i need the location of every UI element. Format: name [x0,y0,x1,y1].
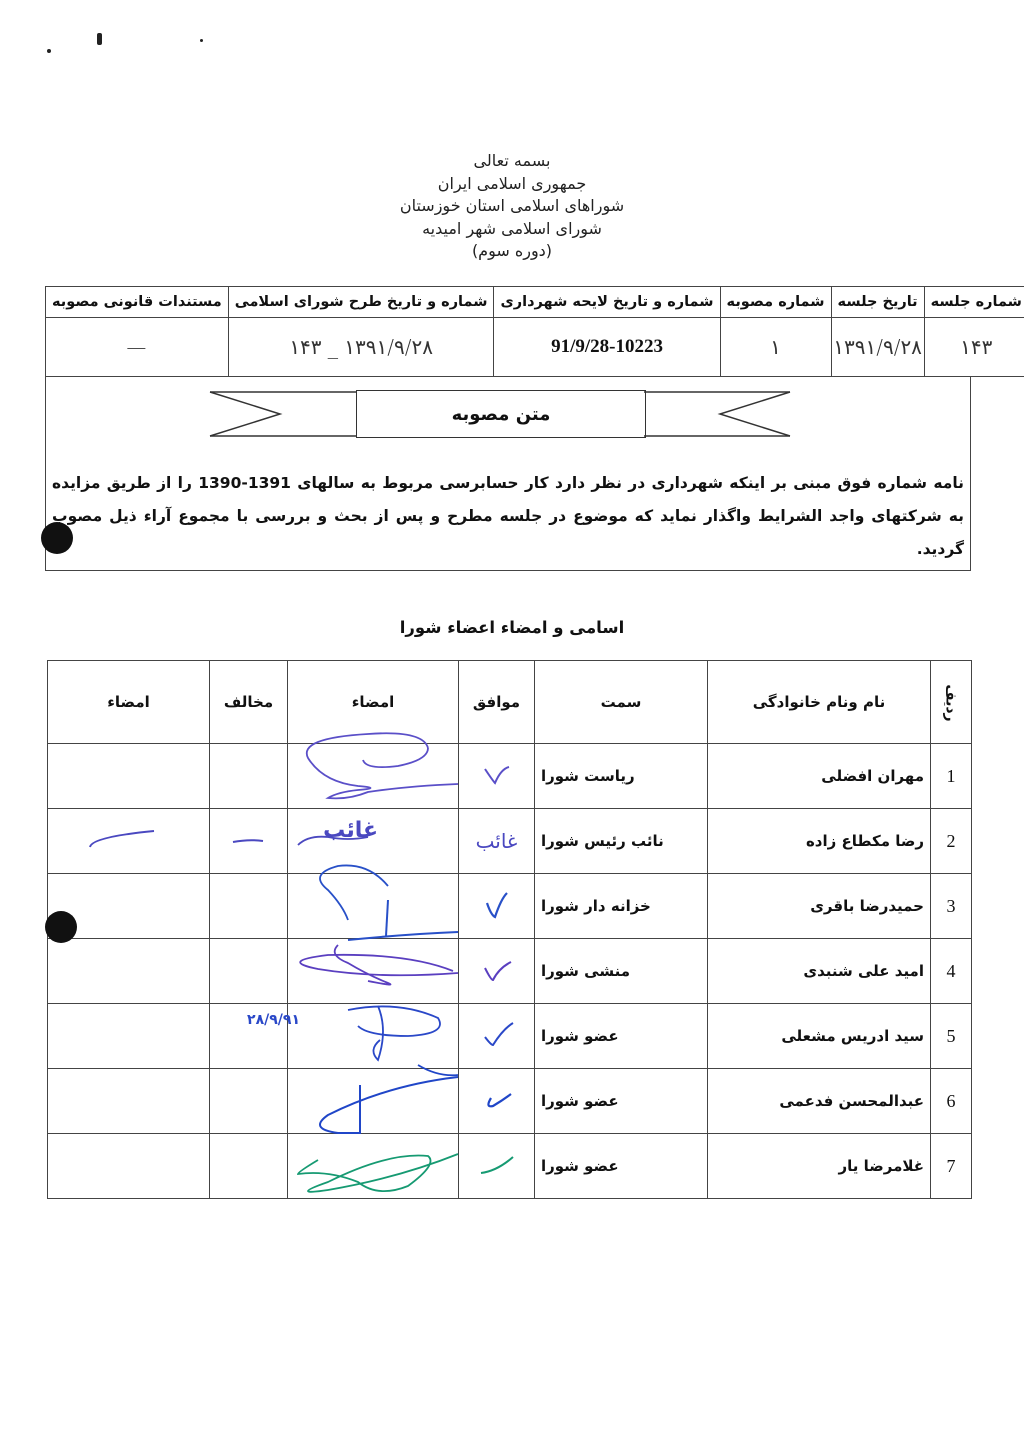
row-index: 3 [931,874,972,939]
letterhead-line: (دوره سوم) [0,240,1024,263]
header-row-number: ردیف [931,661,972,744]
member-position: خزانه دار شورا [535,874,708,939]
member-position: عضو شورا [535,1134,708,1199]
session-date-value: ۱۳۹۱/۹/۲۸ [831,318,924,377]
signature-2 [48,744,210,809]
header-session-number: شماره جلسه [924,287,1024,318]
scan-speck [47,49,51,53]
absent-note: غائب [459,809,535,874]
member-name: غلامرضا یار [708,1134,931,1199]
row-index: 6 [931,1069,972,1134]
member-position: عضو شورا [535,1004,708,1069]
signature-2 [48,1004,210,1069]
member-name: سید ادریس مشعلی [708,1004,931,1069]
letterhead-line: بسمه تعالی [0,150,1024,173]
punch-hole [45,911,77,943]
ribbon-left-icon [208,390,358,438]
table-row: 1 مهران افضلی ریاست شورا [48,744,972,809]
session-number-value: ۱۴۳ [924,318,1024,377]
member-name: رضا مکطاع زاده [708,809,931,874]
row-index: 7 [931,1134,972,1199]
checkmark-icon [477,1084,517,1114]
ribbon-right-icon [642,390,792,438]
disagree-mark [210,939,288,1004]
letterhead-line: شوراهای اسلامی استان خوزستان [0,195,1024,218]
header-disagree: مخالف [210,661,288,744]
table-row: 3 حمیدرضا باقری خزانه دار شورا [48,874,972,939]
row-index: 1 [931,744,972,809]
header-council-plan: شماره و تاریخ طرح شورای اسلامی [228,287,494,318]
punch-hole [41,522,73,554]
letterhead-line: شورای اسلامی شهر امیدیه [0,218,1024,241]
members-table: ردیف نام ونام خانوادگی سمت موافق امضاء م… [47,660,972,1199]
resolution-text: نامه شماره فوق مبنی بر اینکه شهرداری در … [52,467,964,566]
table-row: 4 امید علی شنبدی منشی شورا [48,939,972,1004]
agree-mark [459,744,535,809]
disagree-mark [210,809,288,874]
signature-date: ۲۸/۹/۹۱ [247,1012,300,1028]
member-name: مهران افضلی [708,744,931,809]
letterhead: بسمه تعالی جمهوری اسلامی ایران شوراهای ا… [0,150,1024,263]
row-index: 5 [931,1004,972,1069]
disagree-mark [210,1069,288,1134]
resolution-title: متن مصوبه [356,390,646,438]
agree-mark [459,1069,535,1134]
disagree-mark [210,874,288,939]
disagree-mark [210,1134,288,1199]
dash-icon [229,836,269,846]
member-name: حمیدرضا باقری [708,874,931,939]
header-resolution-number: شماره مصوبه [720,287,831,318]
member-name: امید علی شنبدی [708,939,931,1004]
agree-mark [459,1134,535,1199]
header-legal-documents: مستندات قانونی مصوبه [46,287,229,318]
resolution-number-value: ۱ [720,318,831,377]
table-row: 7 غلامرضا یار عضو شورا [48,1134,972,1199]
row-index: 2 [931,809,972,874]
council-plan-value: ۱۳۹۱/۹/۲۸ _ ۱۴۳ [228,318,494,377]
signature-2 [48,939,210,1004]
table-row: 2 رضا مکطاع زاده نائب رئیس شورا غائب غائ… [48,809,972,874]
header-name: نام ونام خانوادگی [708,661,931,744]
header-agree: موافق [459,661,535,744]
member-position: نائب رئیس شورا [535,809,708,874]
member-position: منشی شورا [535,939,708,1004]
table-row: 5 سید ادریس مشعلی عضو شورا ۲۸/۹/۹۱ [48,1004,972,1069]
resolution-meta-table: شماره جلسه تاریخ جلسه شماره مصوبه شماره … [45,286,1024,377]
header-municipal-bill: شماره و تاریخ لایحه شهرداری [494,287,720,318]
checkmark-icon [477,759,517,789]
agree-mark [459,939,535,1004]
member-name: عبدالمحسن فدعمی [708,1069,931,1134]
scan-speck [97,33,102,45]
header-signature-2: امضاء [48,661,210,744]
signature-2 [48,809,210,874]
header-session-date: تاریخ جلسه [831,287,924,318]
members-section-title: اسامی و امضاء اعضاء شورا [0,618,1024,637]
checkmark-icon [477,954,517,984]
table-row: 6 عبدالمحسن فدعمی عضو شورا [48,1069,972,1134]
row-index: 4 [931,939,972,1004]
header-position: سمت [535,661,708,744]
municipal-bill-value: 91/9/28-10223 [494,318,720,377]
scan-speck [200,39,203,42]
member-position: ریاست شورا [535,744,708,809]
signature-scribble-icon [288,1120,458,1212]
agree-mark [459,874,535,939]
resolution-title-ribbon: متن مصوبه [208,390,790,438]
legal-documents-value: — [46,318,229,377]
disagree-mark [210,744,288,809]
signature [288,1134,459,1199]
checkmark-icon [477,1019,517,1049]
letterhead-line: جمهوری اسلامی ایران [0,173,1024,196]
signature-2 [48,1069,210,1134]
checkmark-icon [477,889,517,919]
checkmark-icon [477,1149,517,1179]
svg-text:غائب: غائب [323,818,378,843]
agree-mark [459,1004,535,1069]
member-position: عضو شورا [535,1069,708,1134]
dash-icon [84,827,174,851]
signature-2 [48,1134,210,1199]
